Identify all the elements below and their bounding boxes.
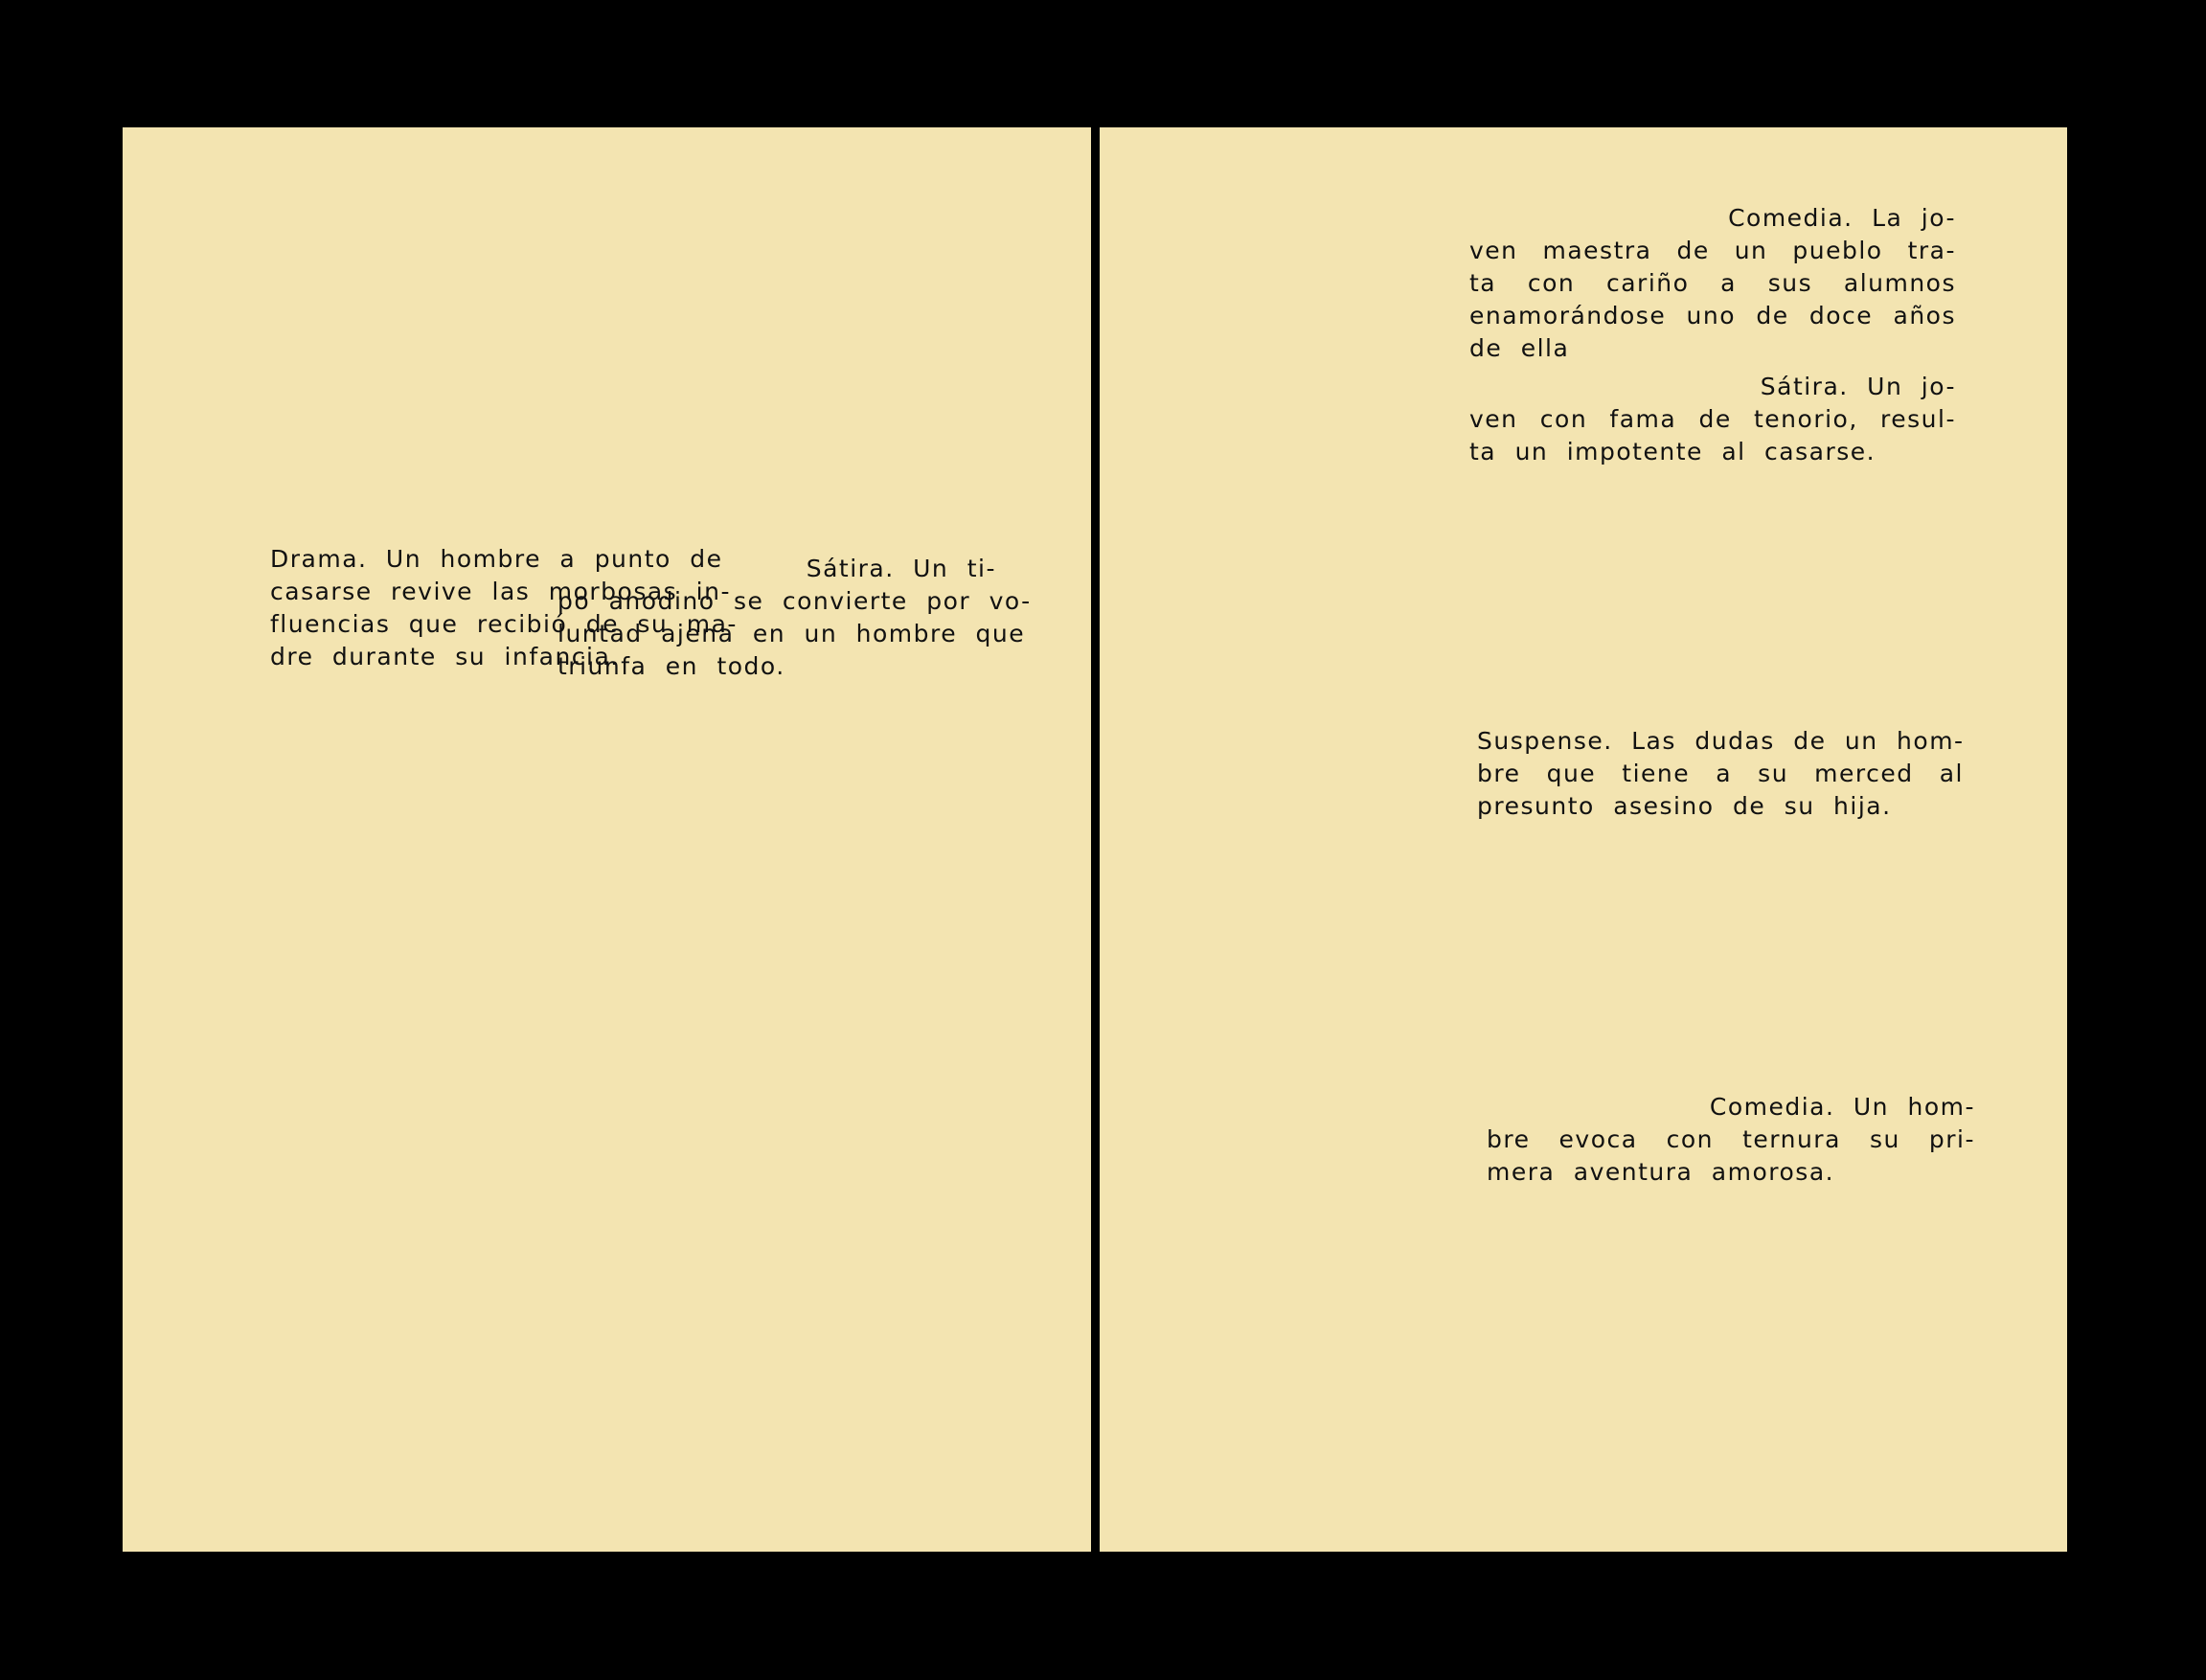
entry-line: Sátira. Un ti- <box>557 553 996 585</box>
entry-comedia-2: Comedia. Un hom- bre evoca con ternura s… <box>1487 1091 1975 1189</box>
entry-line: Sátira. Un jo- <box>1469 371 1956 403</box>
entry-line: presunto asesino de su hija. <box>1477 790 1964 823</box>
entry-line: de ella <box>1469 332 1956 365</box>
entry-line: bre que tiene a su merced al <box>1477 758 1964 790</box>
entry-line: ven maestra de un pueblo tra- <box>1469 235 1956 267</box>
entry-line: Comedia. La jo- <box>1469 202 1956 235</box>
entry-line: enamorándose uno de doce años <box>1469 300 1956 332</box>
entry-suspense: Suspense. Las dudas de un hom- bre que t… <box>1477 725 1964 823</box>
entry-satira: Sátira. Un ti- po anodino se convierte p… <box>557 553 996 683</box>
entry-line: Comedia. Un hom- <box>1487 1091 1975 1124</box>
entry-satira-2: Sátira. Un jo- ven con fama de tenorio, … <box>1469 371 1956 468</box>
entry-line: ta un impotente al casarse. <box>1469 436 1956 468</box>
entry-comedia-1: Comedia. La jo- ven maestra de un pueblo… <box>1469 202 1956 365</box>
left-page: Drama. Un hombre a punto de casarse revi… <box>123 127 1091 1552</box>
entry-line: ven con fama de tenorio, resul- <box>1469 403 1956 436</box>
right-page: Comedia. La jo- ven maestra de un pueblo… <box>1100 127 2067 1552</box>
entry-line: Suspense. Las dudas de un hom- <box>1477 725 1964 758</box>
entry-line: ta con cariño a sus alumnos <box>1469 267 1956 300</box>
entry-line: po anodino se convierte por vo- <box>557 585 996 618</box>
entry-line: bre evoca con ternura su pri- <box>1487 1124 1975 1156</box>
entry-line: mera aventura amorosa. <box>1487 1156 1975 1189</box>
entry-line: luntad ajena en un hombre que <box>557 618 996 650</box>
entry-line: triunfa en todo. <box>557 650 996 683</box>
